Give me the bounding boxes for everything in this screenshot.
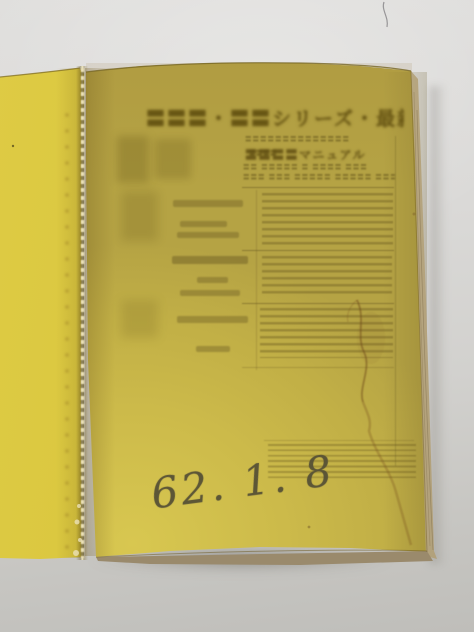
photo-of-open-book: 〓〓〓・〓〓シリーズ・最新刊 〓〓〓〓〓〓〓〓〓〓〓〓〓〓 〓〓〓〓マニュアル〓…: [0, 0, 474, 632]
photo-marks-overlay: [0, 0, 474, 632]
scratch-mark: [383, 2, 387, 27]
